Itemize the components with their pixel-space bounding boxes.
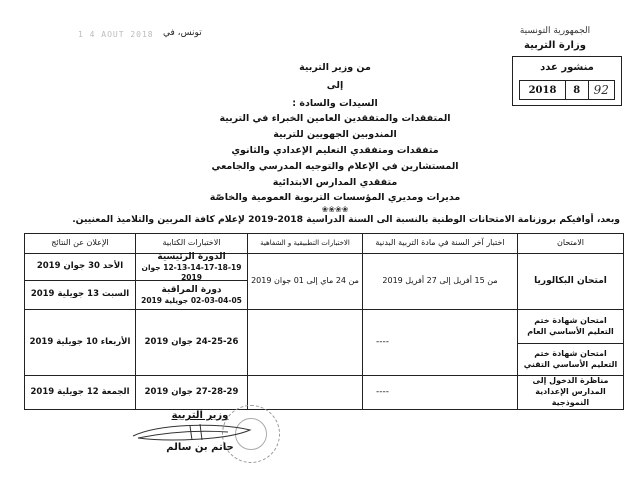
basic-cert-written-dates: 24-25-26 جوان 2019 [136,310,247,375]
salutation: السيدات والسادة : [180,98,490,109]
sender: من وزير التربية [180,62,490,73]
main-session-results: الأحد 30 جوان 2019 [25,254,135,280]
addressee-line: متفقدات ومتفقدي التعليم الإعدادي والثانو… [180,145,490,156]
control-session-dates: 02-03-04-05 جويلية 2019 [141,296,242,306]
circular-number-row: 2018 8 92 [519,80,615,100]
bac-pe-test-dates: من 15 أفريل إلى 27 أفريل 2019 [363,254,517,309]
addressee-line: المندوبين الجهويين للتربية [180,129,490,140]
header-practical-oral: الاختبارات التطبيقية و الشفاهية [248,234,362,253]
circular-number: 92 [589,81,614,99]
to-label: إلى [180,80,490,91]
ministry-name: وزارة التربية [500,40,610,51]
bac-main-session: الدورة الرئيسية 12-13-14-17-18-19 جوان 2… [136,254,247,280]
bac-exam-name: امتحان البكالوريا [518,254,623,309]
bac-control-session: دورة المراقبة 02-03-04-05 جويلية 2019 [136,281,247,309]
addressee-line: المستشارين في الإعلام والتوجيه المدرسي و… [180,161,490,172]
header-pe-test: اختبار آخر السنة في مادة التربية البدنية [363,234,517,253]
signatory-name: حاتم بن سالم [160,442,240,453]
place-date: تونس، في [163,28,202,38]
pioneer-merged-dash: ---- [248,376,517,409]
bac-practical-oral-dates: من 24 ماي إلى 01 جوان 2019 [248,254,362,309]
header-exam: الامتحان [518,234,623,253]
basic-cert-general-exam-name: امتحان شهادة ختم التعليم الأساسي العام [520,310,621,343]
pioneer-written-dates: 27-28-29 جوان 2019 [136,376,247,409]
pioneer-results: الجمعة 12 جويلية 2019 [25,376,135,409]
control-session-title: دورة المراقبة [161,284,221,296]
circular-year: 2018 [520,81,566,99]
basic-cert-results: الأربعاء 10 جويلية 2019 [25,310,135,375]
circular-number-box: منشور عدد 2018 8 92 [512,56,622,106]
control-session-results: السبت 13 جويلية 2019 [25,281,135,309]
header-results: الإعلان عن النتائج [25,234,135,253]
circular-month: 8 [566,81,589,99]
pioneer-exam-name: مناظرة الدخول إلى المدارس الإعدادية النم… [520,376,621,409]
addressee-line: المتفقدات والمتفقدين العامين الخبراء في … [180,113,490,124]
basic-cert-merged-dash: ---- [248,310,517,375]
circular-label: منشور عدد [513,62,621,73]
republic-name: الجمهورية التونسية [500,26,610,36]
addressee-line: متفقدي المدارس الابتدائية [180,177,490,188]
intro-paragraph: وبعد، أوافيكم بروزنامة الامتحانات الوطني… [40,214,620,225]
received-date-stamp: 1 4 AOUT 2018 [78,30,154,39]
addressee-line: مديرات ومديري المؤسسات التربوية العمومية… [180,192,490,203]
separator-ornament: ❀❀❀❀ [180,205,490,214]
basic-cert-technical-exam-name: امتحان شهادة ختم التعليم الأساسي التقني [520,344,621,375]
exam-calendar-table: الامتحان اختبار آخر السنة في مادة التربي… [24,233,624,410]
main-session-title: الدورة الرئيسية [157,251,225,263]
